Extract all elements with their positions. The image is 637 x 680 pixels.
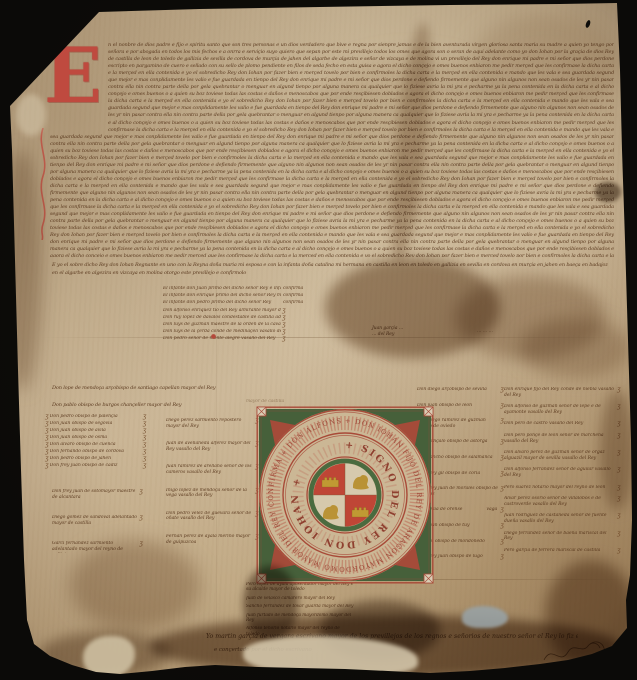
list-entry-text: Sancho ferrandez de tovar guarda mayor d…	[246, 604, 354, 609]
confirma-flourish: ʒ	[616, 496, 622, 501]
confirma-label: confirma	[283, 300, 303, 307]
list-entry: Don luys de guzman maestre de la orden d…	[163, 322, 363, 329]
confirma-flourish: ʒ	[616, 485, 622, 490]
list-entry: Pero suarez notario mayor del reyno de l…	[504, 485, 630, 491]
list-entry-text: El infante don pedro primo del dicho señ…	[163, 300, 281, 307]
list-entry-text: Diego perez sarmiento repostero mayor de…	[166, 418, 254, 429]
marginal-note: … … …	[477, 329, 562, 335]
confirma-flourish: ʒ	[138, 541, 144, 546]
list-entry: Don alfonso enriquez tio del Rey almiran…	[163, 308, 363, 315]
confirma-flourish: ʒ	[281, 336, 287, 343]
confirma-flourish: ʒ	[616, 433, 622, 438]
list-entry-text: Don alfonso ferrandez señor de aguilar v…	[504, 467, 616, 478]
list-entry: Diego perez sarmiento repostero mayor de…	[166, 418, 266, 429]
list-entry: ʒDon juan obispo de osmaʒ	[44, 435, 148, 442]
list-entry-text: Juan furtado de mendoça mayordomo mayor …	[246, 613, 354, 624]
list-entry: El infante don Juan primo del dicho seño…	[163, 286, 363, 293]
stain	[455, 275, 605, 360]
signo-rodado-seal: + DON IOHAN FIJO DEL REY DE ARAGON MAYOR…	[256, 406, 434, 584]
confirmant-header-santiago: Don lope de mendoça arçobispo de santiag…	[52, 385, 334, 392]
photograph-backdrop: E n el nonbre de dios padre e fijo e spi…	[0, 0, 637, 680]
confirmant-column-below-seal: Pero lopez de ayala aposentador mayor de…	[246, 582, 360, 640]
list-entry: Juan rodriguez de castañeda señor de fue…	[504, 513, 630, 524]
list-entry-text: Don fernando obispo de cordova	[50, 449, 142, 455]
escribano-subscription-line2: e conçertado por el dicho escrivano	[214, 647, 374, 656]
list-entry-text: Diego gomez de sandoval adelantado mayor…	[52, 515, 138, 526]
confirma-flourish: ʒ	[281, 322, 287, 329]
parchment: E n el nonbre de dios padre e fijo e spi…	[0, 0, 637, 680]
list-entry-text: Pero garçia de ferrera mariscal de casti…	[504, 548, 616, 554]
list-entry: Don enrique fijo del Rey conde de niebla…	[504, 387, 630, 398]
list-entry-text: Don diego arçobispo de sevilla	[417, 387, 499, 393]
confirmant-column-second: Diego perez sarmiento repostero mayor de…	[166, 418, 266, 557]
list-entry-text: Diego ferrandez señor de baena mariscal …	[504, 531, 616, 542]
list-entry: Don pero de castro vasallo del Reyʒ	[504, 421, 630, 427]
list-entry: … … …	[477, 329, 562, 335]
confirma-flourish: ʒ	[138, 515, 144, 520]
confirmant-header-burgos: Don pablo obispo de burgos chançeller ma…	[52, 402, 270, 409]
list-entry-text: Garci fernandez sarmiento adelantado may…	[52, 541, 138, 553]
stain	[40, 632, 170, 676]
list-entry: Don alvaro perez de guzman señor de orga…	[504, 450, 630, 461]
list-entry-text: Juan garçia …	[372, 326, 403, 331]
list-entry: ʒDon juan obispo de segoviaʒ	[44, 421, 148, 428]
vacant-see-label: vaga	[486, 507, 499, 512]
list-entry: Juan de velasco camarero mayor del Rey	[246, 596, 360, 601]
stain	[520, 318, 630, 378]
pierced-hole	[585, 20, 591, 29]
list-entry: ʒDon pedro obispo de jahenʒ	[44, 456, 148, 463]
list-entry-text: Don frey juan obispo de cadiz	[50, 463, 142, 469]
list-entry-text: Don pedro obispo de palençia	[50, 414, 142, 420]
list-entry-text: Juan ramirez de arellano señor de los ca…	[166, 464, 254, 475]
list-entry-text: … del Rey	[372, 332, 394, 337]
list-entry: Don alfonso ferrandez señor de aguilar v…	[504, 467, 630, 478]
list-entry: Diego gomez de sandoval adelantado mayor…	[52, 515, 144, 526]
list-entry-text: El infante don enrique primo del dicho s…	[163, 293, 281, 300]
list-entry: Alvar perez osorio señor de villalobos e…	[504, 496, 630, 507]
list-entry: Don luys de la çerda conde de medinaçeli…	[163, 329, 363, 336]
list-entry: Don pedro señor de monte alegre vasallo …	[163, 336, 363, 343]
list-entry-text: Juan de avellaneda alferez mayor del Rey…	[166, 441, 254, 452]
list-entry: El infante don pedro primo del dicho señ…	[163, 300, 363, 307]
confirmant-column-bishops-left: ʒDon pedro obispo de palençiaʒʒDon juan …	[44, 414, 148, 470]
list-entry: Don alfonso de guzman señor de lepe e de…	[504, 404, 630, 415]
initial-pen-flourish	[36, 128, 50, 240]
list-entry-text: Don pero ponçe de leon señor de marchena…	[504, 433, 616, 444]
list-entry: Pero garçia de ferrera mariscal de casti…	[504, 548, 630, 554]
list-entry-text: Don enrique fijo del Rey conde de niebla…	[504, 387, 616, 398]
list-entry-text: Don pedro señor de monte alegre vasallo …	[163, 336, 281, 343]
list-entry-text: Don alfonso de guzman señor de lepe e de…	[504, 404, 616, 415]
list-entry-text: Pero suarez notario mayor del reyno de l…	[504, 485, 616, 491]
hole-backing-visible	[462, 606, 508, 628]
list-entry-text: Don juan obispo de segovia	[50, 421, 142, 427]
list-entry-text: Don juan obispo de avila	[50, 428, 142, 434]
confirma-flourish: ʒ	[616, 450, 622, 455]
confirma-flourish: ʒ	[616, 387, 622, 392]
list-entry: ʒDon fernando obispo de cordovaʒ	[44, 449, 148, 456]
confirma-flourish: ʒ	[616, 467, 622, 472]
list-entry: Juan de avellaneda alferez mayor del Rey…	[166, 441, 266, 452]
archive-number-mark: 60	[20, 645, 30, 655]
list-entry-text: Don pedro obispo de jahen	[50, 456, 142, 462]
body-script-lines: n el nonbre de dios padre e fijo e spiri…	[50, 42, 614, 257]
list-entry: Don pedro velez de guevara señor de oñat…	[166, 511, 266, 522]
confirma-flourish: ʒ	[616, 404, 622, 409]
confirma-flourish: ʒ	[616, 421, 622, 426]
list-entry: Sancho ferrandez de tovar guarda mayor d…	[246, 604, 360, 609]
list-entry: Garci fernandez sarmiento adelantado may…	[52, 541, 144, 553]
confirma-flourish: ʒ	[616, 548, 622, 553]
list-entry: ʒDon frey juan obispo de cadizʒ	[44, 463, 148, 470]
confirma-flourish: ʒ	[281, 308, 287, 315]
list-entry-text: Juan rodriguez de castañeda señor de fue…	[504, 513, 616, 524]
confirma-flourish: ʒ	[281, 329, 287, 336]
confirmant-column-nobles-right: Don enrique fijo del Rey conde de niebla…	[504, 387, 630, 559]
list-entry-text: Fernan perez de ayala merino mayor de gu…	[166, 534, 254, 545]
list-entry-text: Alvar perez osorio señor de villalobos e…	[504, 496, 616, 507]
list-entry-text: Don luys de guzman maestre de la orden d…	[163, 322, 281, 329]
list-entry: Don frey juan de sotomayor maestre de al…	[52, 489, 144, 500]
initial-spacer	[50, 42, 108, 130]
list-entry: Juan ramirez de arellano señor de los ca…	[166, 464, 266, 475]
confirmation-list-infantes: El infante don Juan primo del dicho seño…	[163, 286, 363, 344]
confirma-flourish: ʒ	[281, 315, 287, 322]
list-entry: Iñigo lopez de mendoça señor de la vega …	[166, 488, 266, 499]
marginal-note: Juan garçia …… del Rey	[372, 326, 442, 338]
torn-surface-patch	[83, 636, 135, 678]
list-entry: Diego ferrandez señor de baena mariscal …	[504, 531, 630, 542]
confirma-flourish: ʒ	[138, 489, 144, 494]
list-entry-text: Don pero de castro vasallo del Rey	[504, 421, 616, 427]
list-entry-text: … … …	[477, 329, 493, 334]
list-entry: Juan furtado de mendoça mayordomo mayor …	[246, 613, 360, 624]
list-entry-text: El infante don Juan primo del dicho seño…	[163, 286, 281, 293]
escribano-subscription-line: Yo martin garçia de vergara escrivano ma…	[206, 633, 578, 645]
list-entry-text: Don frey juan de sotomayor maestre de al…	[52, 489, 138, 500]
body-text: n el nonbre de dios padre e fijo e spiri…	[50, 42, 614, 257]
list-entry-text: Don ruy lopez de davalos condestable de …	[163, 315, 281, 322]
confirma-flourish: ʒ	[616, 531, 622, 536]
list-entry-text: Don juan obispo de osma	[50, 435, 142, 441]
list-entry-text: Don pedro velez de guevara señor de oñat…	[166, 511, 254, 522]
list-entry-text: Iñigo lopez de mendoça señor de la vega …	[166, 488, 254, 499]
list-entry: El infante don enrique primo del dicho s…	[163, 293, 363, 300]
list-entry: Don ruy lopez de davalos condestable de …	[163, 315, 363, 322]
confirma-label: confirma	[283, 286, 303, 293]
list-entry: ʒDon juan obispo de avilaʒ	[44, 428, 148, 435]
list-entry: Don diego arçobispo de sevillaʒ	[417, 387, 505, 393]
list-entry: ʒDon alvaro obispo de cuencaʒ	[44, 442, 148, 449]
list-entry-text: Don alfonso enriquez tio del Rey almiran…	[163, 308, 281, 315]
confirma-flourish: ʒ	[142, 463, 148, 468]
list-entry-text: Don luys de la çerda conde de medinaçeli…	[163, 329, 281, 336]
list-entry: ʒDon pedro obispo de palençiaʒ	[44, 414, 148, 421]
confirma-flourish: ʒ	[616, 513, 622, 518]
list-entry-text: Don alvaro perez de guzman señor de orga…	[504, 450, 616, 461]
list-entry: … del Rey	[372, 332, 442, 338]
list-entry-text: Juan de velasco camarero mayor del Rey	[246, 596, 354, 601]
escribano-signature-flourish	[538, 630, 622, 676]
list-entry: Fernan perez de ayala merino mayor de gu…	[166, 534, 266, 545]
confirmant-column-left-lower: Don frey juan de sotomayor maestre de al…	[52, 489, 144, 568]
list-entry: Don pero ponçe de leon señor de marchena…	[504, 433, 630, 444]
red-wax-dot	[211, 334, 216, 339]
confirma-label: confirma	[283, 293, 303, 300]
list-entry-text: Don alvaro obispo de cuenca	[50, 442, 142, 448]
regnante-paragraph: E yo el sobre dicho Rey don Iohan Regnan…	[52, 261, 614, 278]
